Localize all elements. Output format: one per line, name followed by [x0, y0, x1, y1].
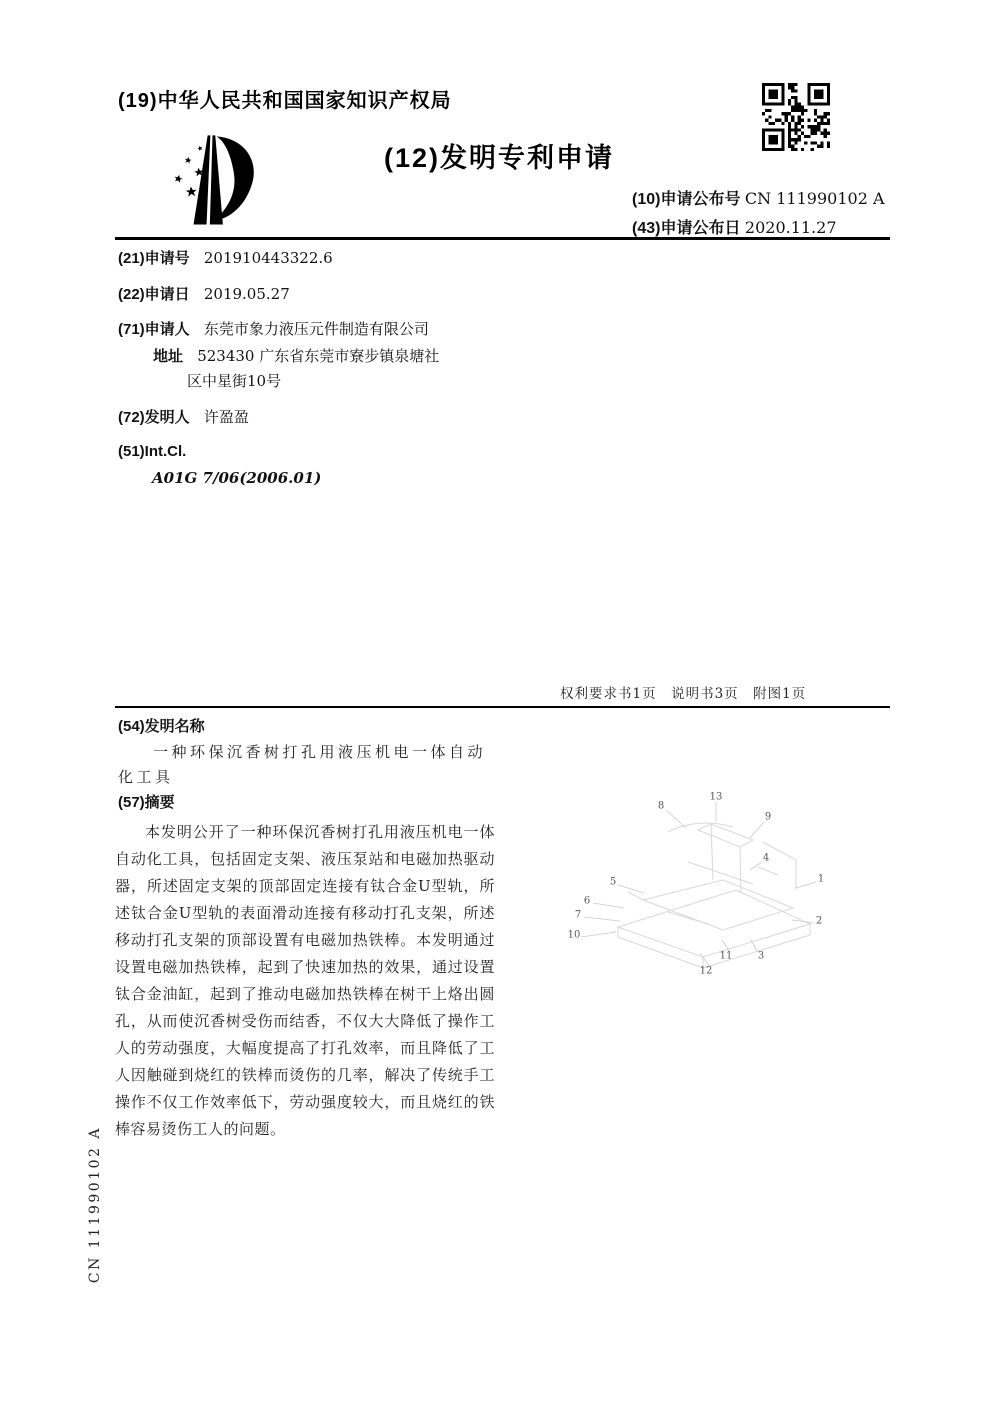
- figure-ref-2: 2: [816, 916, 822, 927]
- patent-figure: 13894156710211312: [548, 772, 898, 1007]
- intcl-class-row: A01G 7/06(2006.01): [152, 469, 321, 487]
- figure-ref-5: 5: [610, 877, 616, 888]
- patent-front-page: (19)中华人民共和国国家知识产权局 (12)发明专利申请 (10)申请公布号 …: [0, 0, 1000, 1415]
- publication-number-value: CN 111990102 A: [745, 189, 885, 208]
- invention-title-label: (54)发明名称: [118, 715, 205, 736]
- publication-date-value: 2020.11.27: [745, 218, 837, 237]
- applicant-label: (71)申请人: [118, 321, 190, 338]
- qr-code: [762, 83, 830, 151]
- cnipa-logo-icon: [157, 131, 267, 231]
- invention-title-line1: 一种环保沉香树打孔用液压机电一体自动: [153, 741, 486, 762]
- applicant-row: (71)申请人 东莞市象力液压元件制造有限公司: [118, 318, 429, 339]
- application-number-row: (21)申请号 201910443322.6: [118, 247, 333, 268]
- document-id-vertical: CN 111990102 A: [87, 1126, 103, 1283]
- abstract-label: (57)摘要: [118, 791, 175, 812]
- intcl-row: (51)Int.Cl.: [118, 443, 186, 460]
- application-number-label: (21)申请号: [118, 250, 190, 267]
- publication-number-line: (10)申请公布号 CN 111990102 A: [632, 186, 885, 209]
- figure-ref-8: 8: [658, 801, 664, 812]
- abstract-text: 本发明公开了一种环保沉香树打孔用液压机电一体自动化工具，包括固定支架、液压泵站和…: [115, 819, 495, 1143]
- figure-ref-10: 10: [568, 930, 581, 941]
- inventor-value: 许盈盈: [204, 409, 249, 426]
- figure-ref-12: 12: [700, 966, 713, 977]
- address-line2: 区中星街10号: [187, 372, 281, 390]
- figure-ref-6: 6: [584, 896, 590, 907]
- figure-ref-4: 4: [763, 853, 769, 864]
- filing-date-value: 2019.05.27: [204, 285, 290, 303]
- figure-ref-7: 7: [575, 910, 581, 921]
- intcl-value: A01G 7/06(2006.01): [152, 469, 321, 487]
- figure-annotations: 13894156710211312: [548, 772, 898, 1007]
- pages-info: 权利要求书1页 说明书3页 附图1页: [560, 682, 806, 702]
- applicant-value: 东莞市象力液压元件制造有限公司: [204, 321, 429, 338]
- filing-date-row: (22)申请日 2019.05.27: [118, 283, 290, 304]
- invention-title-line2: 化工具: [118, 766, 174, 787]
- publication-date-line: (43)申请公布日 2020.11.27: [632, 215, 837, 238]
- applicant-address-row: 地址 523430 广东省东莞市寮步镇泉塘社: [153, 345, 439, 366]
- header-divider: [115, 237, 890, 240]
- publication-date-label: (43)申请公布日: [632, 220, 740, 237]
- filing-date-label: (22)申请日: [118, 286, 190, 303]
- figure-ref-13: 13: [710, 792, 723, 803]
- applicant-address-row2: 区中星街10号: [187, 370, 281, 391]
- inventor-label: (72)发明人: [118, 409, 190, 426]
- application-number-value: 201910443322.6: [204, 249, 333, 267]
- publication-number-label: (10)申请公布号: [632, 191, 740, 208]
- address-line1: 523430 广东省东莞市寮步镇泉塘社: [197, 347, 439, 365]
- section-divider: [115, 706, 890, 708]
- figure-ref-11: 11: [720, 951, 733, 962]
- figure-ref-1: 1: [818, 874, 824, 885]
- patent-office-title: (19)中华人民共和国国家知识产权局: [118, 84, 452, 113]
- address-label: 地址: [153, 348, 183, 365]
- figure-ref-9: 9: [765, 812, 771, 823]
- figure-ref-3: 3: [758, 951, 764, 962]
- document-type-title: (12)发明专利申请: [384, 136, 614, 175]
- intcl-label: (51)Int.Cl.: [118, 443, 186, 460]
- inventor-row: (72)发明人 许盈盈: [118, 406, 249, 427]
